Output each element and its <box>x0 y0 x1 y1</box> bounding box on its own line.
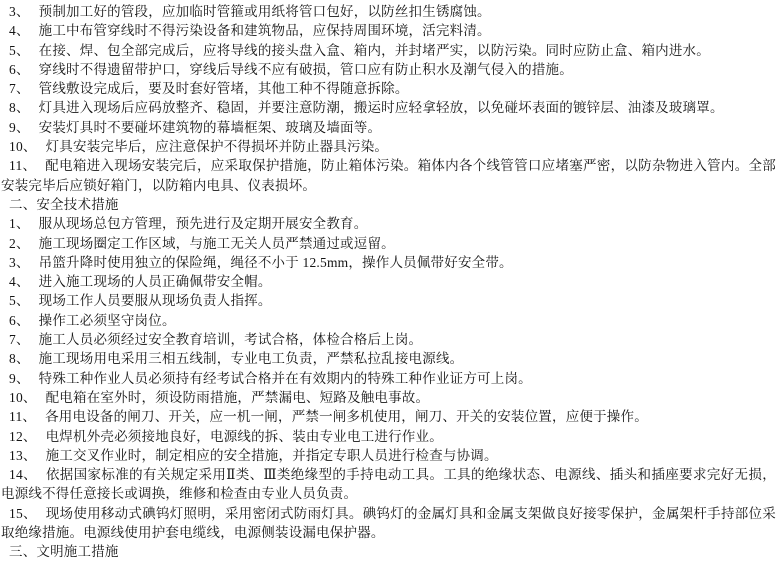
list-item: 5、在接、焊、包全部完成后，应将导线的接头盘入盒、箱内，并封堵严实，以防污染。同… <box>1 41 776 60</box>
list-item-number: 2、 <box>9 236 30 251</box>
list-item-text: 配电箱在室外时，须设防雨措施，严禁漏电、短路及触电事故。 <box>46 390 430 405</box>
list-item: 10、配电箱在室外时，须设防雨措施，严禁漏电、短路及触电事故。 <box>1 388 776 407</box>
list-item-number: 10、 <box>9 390 37 405</box>
list-item-number: 8、 <box>9 100 30 115</box>
list-item: 15、现场使用移动式碘钨灯照明，采用密闭式防雨灯具。碘钨灯的金属灯具和金属支架做… <box>1 504 776 543</box>
list-item-number: 4、 <box>9 23 30 38</box>
list-item-text: 安装灯具时不要碰坏建筑物的幕墙框架、玻璃及墙面等。 <box>39 120 382 135</box>
list-item: 2、施工现场圈定工作区域，与施工无关人员严禁通过或逗留。 <box>1 234 776 253</box>
list-item-number: 9、 <box>9 371 30 386</box>
list-item-number: 15、 <box>9 506 37 521</box>
list-item-text: 配电箱进入现场安装完后，应采取保护措施，防止箱体污染。箱体内各个线管管口应堵塞严… <box>1 158 776 192</box>
list-item: 4、施工中布管穿线时不得污染设备和建筑物品，应保持周围环境，活完料清。 <box>1 21 776 40</box>
list-item-text: 服从现场总包方管理，预先进行及定期开展安全教育。 <box>39 216 368 231</box>
document-body: 3、预制加工好的管段，应加临时管箍或用纸将管口包好，以防丝扣生锈腐蚀。4、施工中… <box>1 2 776 561</box>
list-item: 8、施工现场用电采用三相五线制，专业电工负责，严禁私拉乱接电源线。 <box>1 349 776 368</box>
list-item-text: 施工现场用电采用三相五线制，专业电工负责，严禁私拉乱接电源线。 <box>39 351 464 366</box>
list-item-text: 施工交叉作业时，制定相应的安全措施，并指定专职人员进行检查与协调。 <box>46 448 498 463</box>
list-item: 3、吊篮升降时使用独立的保险绳，绳径不小于 12.5mm，操作人员佩带好安全带。 <box>1 253 776 272</box>
list-item-number: 9、 <box>9 120 30 135</box>
list-item: 12、电焊机外壳必须接地良好，电源线的拆、装由专业电工进行作业。 <box>1 427 776 446</box>
list-item-number: 1、 <box>9 216 30 231</box>
list-item-number: 5、 <box>9 43 30 58</box>
list-item-text: 现场工作人员要服从现场负责人指挥。 <box>39 293 272 308</box>
list-item: 4、进入施工现场的人员正确佩带安全帽。 <box>1 272 776 291</box>
list-item-text: 在接、焊、包全部完成后，应将导线的接头盘入盒、箱内，并封堵严实，以防污染。同时应… <box>39 43 710 58</box>
list-item-number: 6、 <box>9 313 30 328</box>
list-item: 3、预制加工好的管段，应加临时管箍或用纸将管口包好，以防丝扣生锈腐蚀。 <box>1 2 776 21</box>
section-heading: 二、安全技术措施 <box>1 195 776 214</box>
list-item-number: 12、 <box>9 429 37 444</box>
list-item-number: 5、 <box>9 293 30 308</box>
list-item-text: 各用电设备的闸刀、开关，应一机一闸，严禁一闸多机使用，闸刀、开关的安装位置，应便… <box>45 409 648 424</box>
section-heading: 三、文明施工措施 <box>1 542 776 561</box>
list-item: 9、特殊工种作业人员必须持有经考试合格并在有效期内的特殊工种作业证方可上岗。 <box>1 369 776 388</box>
list-item-number: 7、 <box>9 332 30 347</box>
list-item: 6、操作工必须坚守岗位。 <box>1 311 776 330</box>
list-item: 9、安装灯具时不要碰坏建筑物的幕墙框架、玻璃及墙面等。 <box>1 118 776 137</box>
list-item-number: 7、 <box>9 81 30 96</box>
list-item-text: 管线敷设完成后，要及时套好管堵，其他工种不得随意拆除。 <box>39 81 409 96</box>
list-item-number: 11、 <box>9 409 36 424</box>
list-item-text: 进入施工现场的人员正确佩带安全帽。 <box>39 274 272 289</box>
list-item: 8、灯具进入现场后应码放整齐、稳固，并要注意防潮，搬运时应轻拿轻放，以免碰坏表面… <box>1 98 776 117</box>
list-item-text: 吊篮升降时使用独立的保险绳，绳径不小于 12.5mm，操作人员佩带好安全带。 <box>39 255 513 270</box>
list-item-text: 施工中布管穿线时不得污染设备和建筑物品，应保持周围环境，活完料清。 <box>39 23 491 38</box>
list-item-text: 预制加工好的管段，应加临时管箍或用纸将管口包好，以防丝扣生锈腐蚀。 <box>39 4 491 19</box>
list-item-text: 灯具安装完毕后，应注意保护不得损坏并防止器具污染。 <box>46 139 389 154</box>
list-item: 7、管线敷设完成后，要及时套好管堵，其他工种不得随意拆除。 <box>1 79 776 98</box>
list-item-text: 施工人员必须经过安全教育培训，考试合格，体检合格后上岗。 <box>39 332 423 347</box>
list-item: 14、依据国家标准的有关规定采用Ⅱ类、Ⅲ类绝缘型的手持电动工具。工具的绝缘状态、… <box>1 465 776 504</box>
list-item-text: 穿线时不得遗留带护口，穿线后导线不应有破损，管口应有防止积水及潮气侵入的措施。 <box>39 62 573 77</box>
list-item: 13、施工交叉作业时，制定相应的安全措施，并指定专职人员进行检查与协调。 <box>1 446 776 465</box>
list-item: 11、配电箱进入现场安装完后，应采取保护措施，防止箱体污染。箱体内各个线管管口应… <box>1 156 776 195</box>
list-item-text: 现场使用移动式碘钨灯照明，采用密闭式防雨灯具。碘钨灯的金属灯具和金属支架做良好接… <box>1 506 776 540</box>
list-item-text: 灯具进入现场后应码放整齐、稳固，并要注意防潮，搬运时应轻拿轻放，以免碰坏表面的镀… <box>39 100 724 115</box>
list-item: 1、服从现场总包方管理，预先进行及定期开展安全教育。 <box>1 214 776 233</box>
list-item: 10、灯具安装完毕后，应注意保护不得损坏并防止器具污染。 <box>1 137 776 156</box>
list-item-text: 特殊工种作业人员必须持有经考试合格并在有效期内的特殊工种作业证方可上岗。 <box>39 371 532 386</box>
list-item-number: 3、 <box>9 4 30 19</box>
list-item-number: 3、 <box>9 255 30 270</box>
list-item: 6、穿线时不得遗留带护口，穿线后导线不应有破损，管口应有防止积水及潮气侵入的措施… <box>1 60 776 79</box>
list-item-number: 14、 <box>9 467 37 482</box>
list-item-number: 11、 <box>9 158 36 173</box>
list-item-number: 13、 <box>9 448 37 463</box>
list-item-text: 操作工必须坚守岗位。 <box>39 313 176 328</box>
list-item-text: 施工现场圈定工作区域，与施工无关人员严禁通过或逗留。 <box>39 236 395 251</box>
list-item-text: 电焊机外壳必须接地良好，电源线的拆、装由专业电工进行作业。 <box>46 429 443 444</box>
list-item-number: 4、 <box>9 274 30 289</box>
list-item-number: 10、 <box>9 139 37 154</box>
list-item: 5、现场工作人员要服从现场负责人指挥。 <box>1 291 776 310</box>
list-item-number: 8、 <box>9 351 30 366</box>
document-page: 3、预制加工好的管段，应加临时管箍或用纸将管口包好，以防丝扣生锈腐蚀。4、施工中… <box>0 0 780 561</box>
list-item-text: 依据国家标准的有关规定采用Ⅱ类、Ⅲ类绝缘型的手持电动工具。工具的绝缘状态、电源线… <box>1 467 776 501</box>
list-item: 11、各用电设备的闸刀、开关，应一机一闸，严禁一闸多机使用，闸刀、开关的安装位置… <box>1 407 776 426</box>
list-item: 7、施工人员必须经过安全教育培训，考试合格，体检合格后上岗。 <box>1 330 776 349</box>
list-item-number: 6、 <box>9 62 30 77</box>
